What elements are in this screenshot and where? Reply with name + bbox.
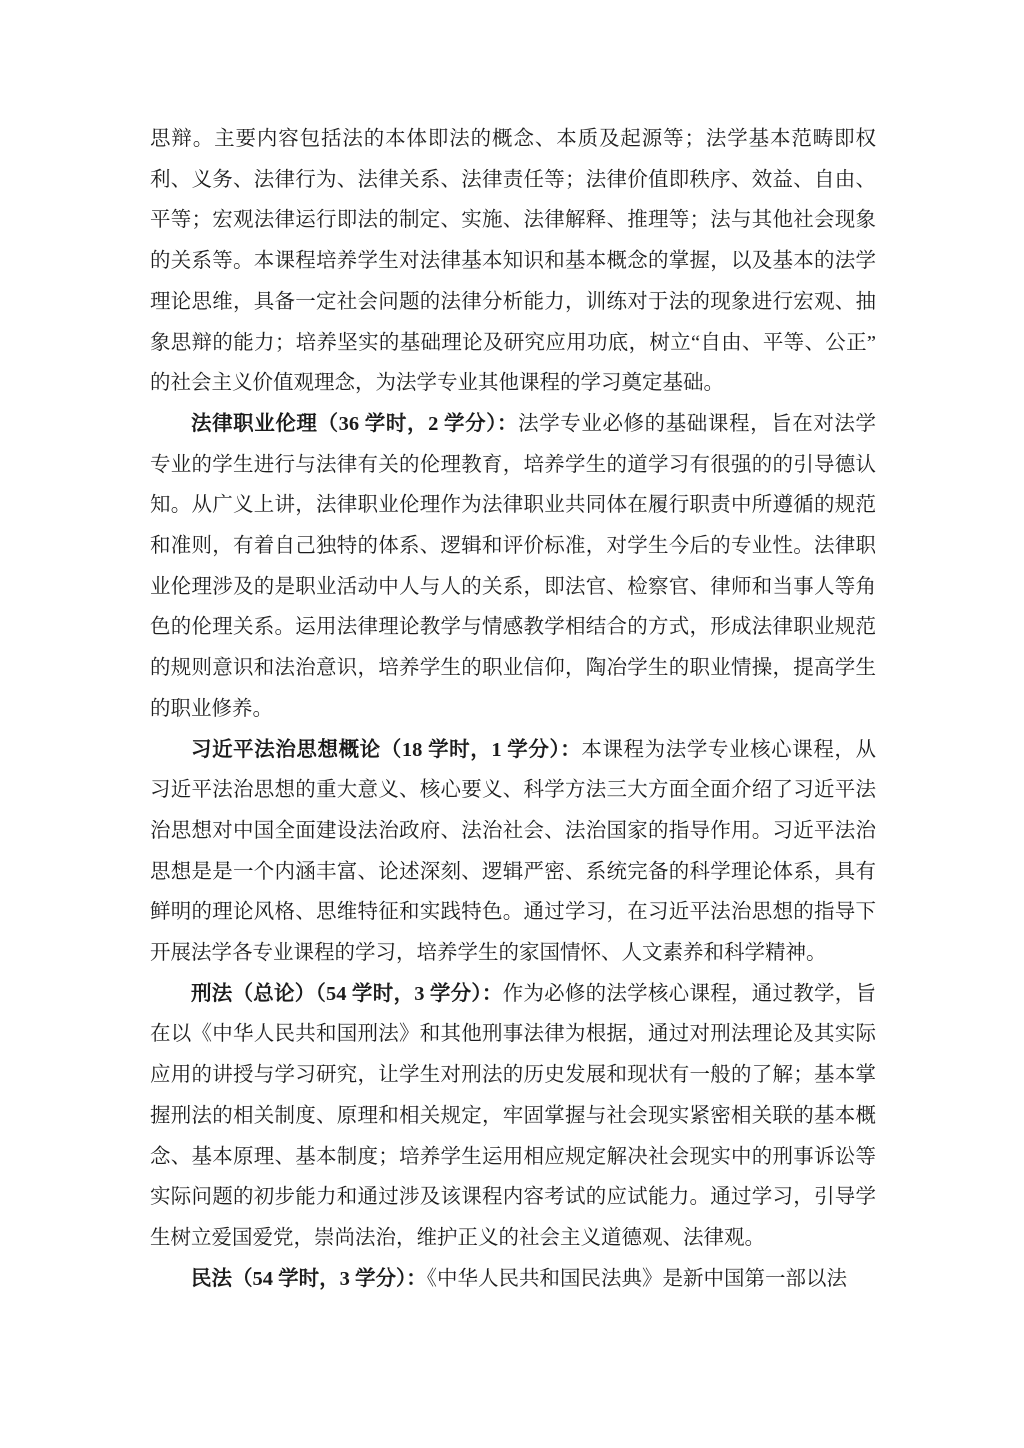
paragraph-criminal-law-general: 刑法（总论）（54 学时，3 学分）：作为必修的法学核心课程，通过教学，旨在以《…	[150, 974, 876, 1259]
course-title-civil-law: 民法（54 学时，3 学分）：	[191, 1268, 427, 1290]
course-title-xi-jinping-rule-of-law-thought: 习近平法治思想概论（18 学时，1 学分）：	[191, 739, 581, 761]
paragraph-body: 思辩。主要内容包括法的本体即法的概念、本质及起源等；法学基本范畴即权利、义务、法…	[150, 128, 876, 394]
paragraph-body: 《中华人民共和国民法典》是新中国第一部以法	[427, 1268, 847, 1290]
paragraph-xi-jinping-rule-of-law-thought: 习近平法治思想概论（18 学时，1 学分）：本课程为法学专业核心课程，从习近平法…	[150, 730, 876, 974]
paragraph-body: 本课程为法学专业核心课程，从习近平法治思想的重大意义、核心要义、科学方法三大方面…	[150, 739, 876, 965]
course-title-criminal-law-general: 刑法（总论）（54 学时，3 学分）：	[191, 983, 503, 1005]
paragraph-legal-professional-ethics: 法律职业伦理（36 学时，2 学分）：法学专业必修的基础课程，旨在对法学专业的学…	[150, 404, 876, 730]
paragraph-body: 作为必修的法学核心课程，通过教学，旨在以《中华人民共和国刑法》和其他刑事法律为根…	[150, 983, 876, 1249]
document-page: 思辩。主要内容包括法的本体即法的概念、本质及起源等；法学基本范畴即权利、义务、法…	[0, 0, 1024, 1448]
paragraph-civil-law: 民法（54 学时，3 学分）：《中华人民共和国民法典》是新中国第一部以法	[150, 1259, 876, 1300]
course-title-legal-professional-ethics: 法律职业伦理（36 学时，2 学分）：	[191, 413, 518, 435]
paragraph-jurisprudence-continuation: 思辩。主要内容包括法的本体即法的概念、本质及起源等；法学基本范畴即权利、义务、法…	[150, 119, 876, 404]
paragraph-body: 法学专业必修的基础课程，旨在对法学专业的学生进行与法律有关的伦理教育，培养学生的…	[150, 413, 876, 720]
